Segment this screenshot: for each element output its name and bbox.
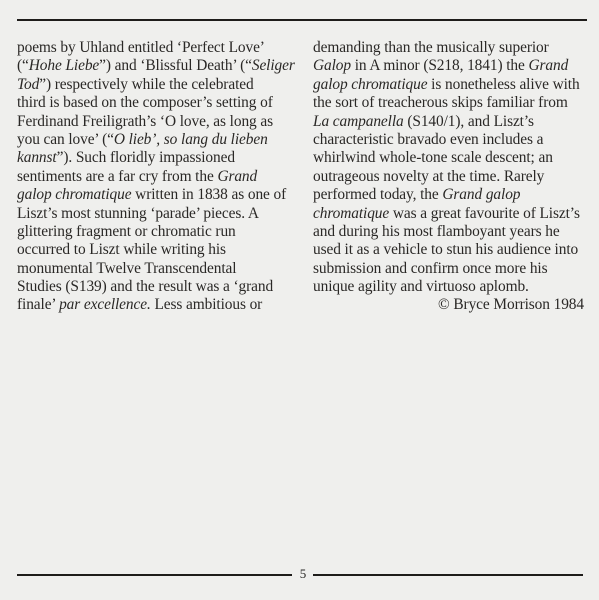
text-line: kannst”). Such floridly impassioned bbox=[17, 149, 302, 167]
right-column: demanding than the musically superiorGal… bbox=[313, 39, 593, 315]
italic-title: galop chromatique bbox=[313, 76, 427, 93]
text-run: written in 1838 as one of bbox=[131, 186, 286, 203]
text-run: submission and confirm once more his bbox=[313, 260, 548, 277]
text-line: outrageous novelty at the time. Rarely bbox=[313, 168, 593, 186]
italic-title: chromatique bbox=[313, 205, 389, 222]
italic-title: galop chromatique bbox=[17, 186, 131, 203]
text-line: Liszt’s most stunning ‘parade’ pieces. A bbox=[17, 205, 302, 223]
text-line: La campanella (S140/1), and Liszt’s bbox=[313, 113, 593, 131]
text-line: third is based on the composer’s setting… bbox=[17, 94, 302, 112]
text-line: characteristic bravado even includes a bbox=[313, 131, 593, 149]
text-run: used it as a vehicle to stun his audienc… bbox=[313, 241, 578, 258]
text-run: in A minor (S218, 1841) the bbox=[351, 57, 529, 74]
text-line: Studies (S139) and the result was a ‘gra… bbox=[17, 278, 302, 296]
text-line: submission and confirm once more his bbox=[313, 260, 593, 278]
text-line: whirlwind whole-tone scale descent; an bbox=[313, 149, 593, 167]
text-line: used it as a vehicle to stun his audienc… bbox=[313, 241, 593, 259]
italic-title: Galop bbox=[313, 57, 351, 74]
text-line: chromatique was a great favourite of Lis… bbox=[313, 205, 593, 223]
text-run: performed today, the bbox=[313, 186, 442, 203]
text-line: demanding than the musically superior bbox=[313, 39, 593, 57]
text-run: occurred to Liszt while writing his bbox=[17, 241, 226, 258]
text-line: galop chromatique written in 1838 as one… bbox=[17, 186, 302, 204]
text-run: (S140/1), and Liszt’s bbox=[404, 113, 534, 130]
text-line: performed today, the Grand galop bbox=[313, 186, 593, 204]
text-line: the sort of treacherous skips familiar f… bbox=[313, 94, 593, 112]
text-run: outrageous novelty at the time. Rarely bbox=[313, 168, 544, 185]
text-run: and during his most flamboyant years he bbox=[313, 223, 560, 240]
text-line: sentiments are a far cry from the Grand bbox=[17, 168, 302, 186]
text-line: Tod”) respectively while the celebrated bbox=[17, 76, 302, 94]
text-run: unique agility and virtuoso aplomb. bbox=[313, 278, 529, 295]
text-run: is nonetheless alive with bbox=[427, 76, 579, 93]
text-run: sentiments are a far cry from the bbox=[17, 168, 217, 185]
text-run: ”) and ‘Blissful Death’ (“ bbox=[99, 57, 252, 74]
text-run: ”). Such floridly impassioned bbox=[57, 149, 235, 166]
left-column: poems by Uhland entitled ‘Perfect Love’(… bbox=[17, 39, 302, 315]
text-line: occurred to Liszt while writing his bbox=[17, 241, 302, 259]
italic-title: La campanella bbox=[313, 113, 404, 130]
text-run: third is based on the composer’s setting… bbox=[17, 94, 273, 111]
text-run: monumental Twelve Transcendental bbox=[17, 260, 236, 277]
top-rule bbox=[17, 19, 587, 21]
text-line: finale’ par excellence. Less ambitious o… bbox=[17, 296, 302, 314]
text-run: was a great favourite of Liszt’s bbox=[389, 205, 580, 222]
text-line: glittering fragment or chromatic run bbox=[17, 223, 302, 241]
footer-rule-right bbox=[313, 574, 583, 576]
text-run: glittering fragment or chromatic run bbox=[17, 223, 236, 240]
text-run: (“ bbox=[17, 57, 29, 74]
page-number: 5 bbox=[295, 566, 311, 582]
footer-rule-left bbox=[17, 574, 292, 576]
text-line: poems by Uhland entitled ‘Perfect Love’ bbox=[17, 39, 302, 57]
italic-title: O lieb’, so lang du lieben bbox=[114, 131, 268, 148]
text-line: Galop in A minor (S218, 1841) the Grand bbox=[313, 57, 593, 75]
text-line: (“Hohe Liebe”) and ‘Blissful Death’ (“Se… bbox=[17, 57, 302, 75]
italic-title: Grand galop bbox=[442, 186, 520, 203]
text-run: Ferdinand Freiligrath’s ‘O love, as long… bbox=[17, 113, 273, 130]
italic-title: Hohe Liebe bbox=[29, 57, 99, 74]
page-footer: 5 bbox=[17, 567, 583, 583]
text-line: galop chromatique is nonetheless alive w… bbox=[313, 76, 593, 94]
text-run: Less ambitious or bbox=[151, 296, 262, 313]
text-run: ”) respectively while the celebrated bbox=[39, 76, 253, 93]
text-line: you can love’ (“O lieb’, so lang du lieb… bbox=[17, 131, 302, 149]
text-run: you can love’ (“ bbox=[17, 131, 114, 148]
text-line: unique agility and virtuoso aplomb. bbox=[313, 278, 593, 296]
text-run: characteristic bravado even includes a bbox=[313, 131, 543, 148]
text-run: the sort of treacherous skips familiar f… bbox=[313, 94, 568, 111]
text-line: Ferdinand Freiligrath’s ‘O love, as long… bbox=[17, 113, 302, 131]
italic-title: Grand bbox=[217, 168, 257, 185]
text-run: whirlwind whole-tone scale descent; an bbox=[313, 149, 553, 166]
text-line: and during his most flamboyant years he bbox=[313, 223, 593, 241]
text-run: finale’ bbox=[17, 296, 59, 313]
text-run: demanding than the musically superior bbox=[313, 39, 549, 56]
text-run: poems by Uhland entitled ‘Perfect Love’ bbox=[17, 39, 265, 56]
italic-title: Grand bbox=[529, 57, 569, 74]
italic-title: Seliger bbox=[252, 57, 295, 74]
text-run: Studies (S139) and the result was a ‘gra… bbox=[17, 278, 273, 295]
italic-title: kannst bbox=[17, 149, 57, 166]
copyright-credit: © Bryce Morrison 1984 bbox=[313, 296, 593, 314]
italic-title: Tod bbox=[17, 76, 39, 93]
text-run: Liszt’s most stunning ‘parade’ pieces. A bbox=[17, 205, 259, 222]
italic-title: par excellence. bbox=[59, 296, 151, 313]
text-line: monumental Twelve Transcendental bbox=[17, 260, 302, 278]
